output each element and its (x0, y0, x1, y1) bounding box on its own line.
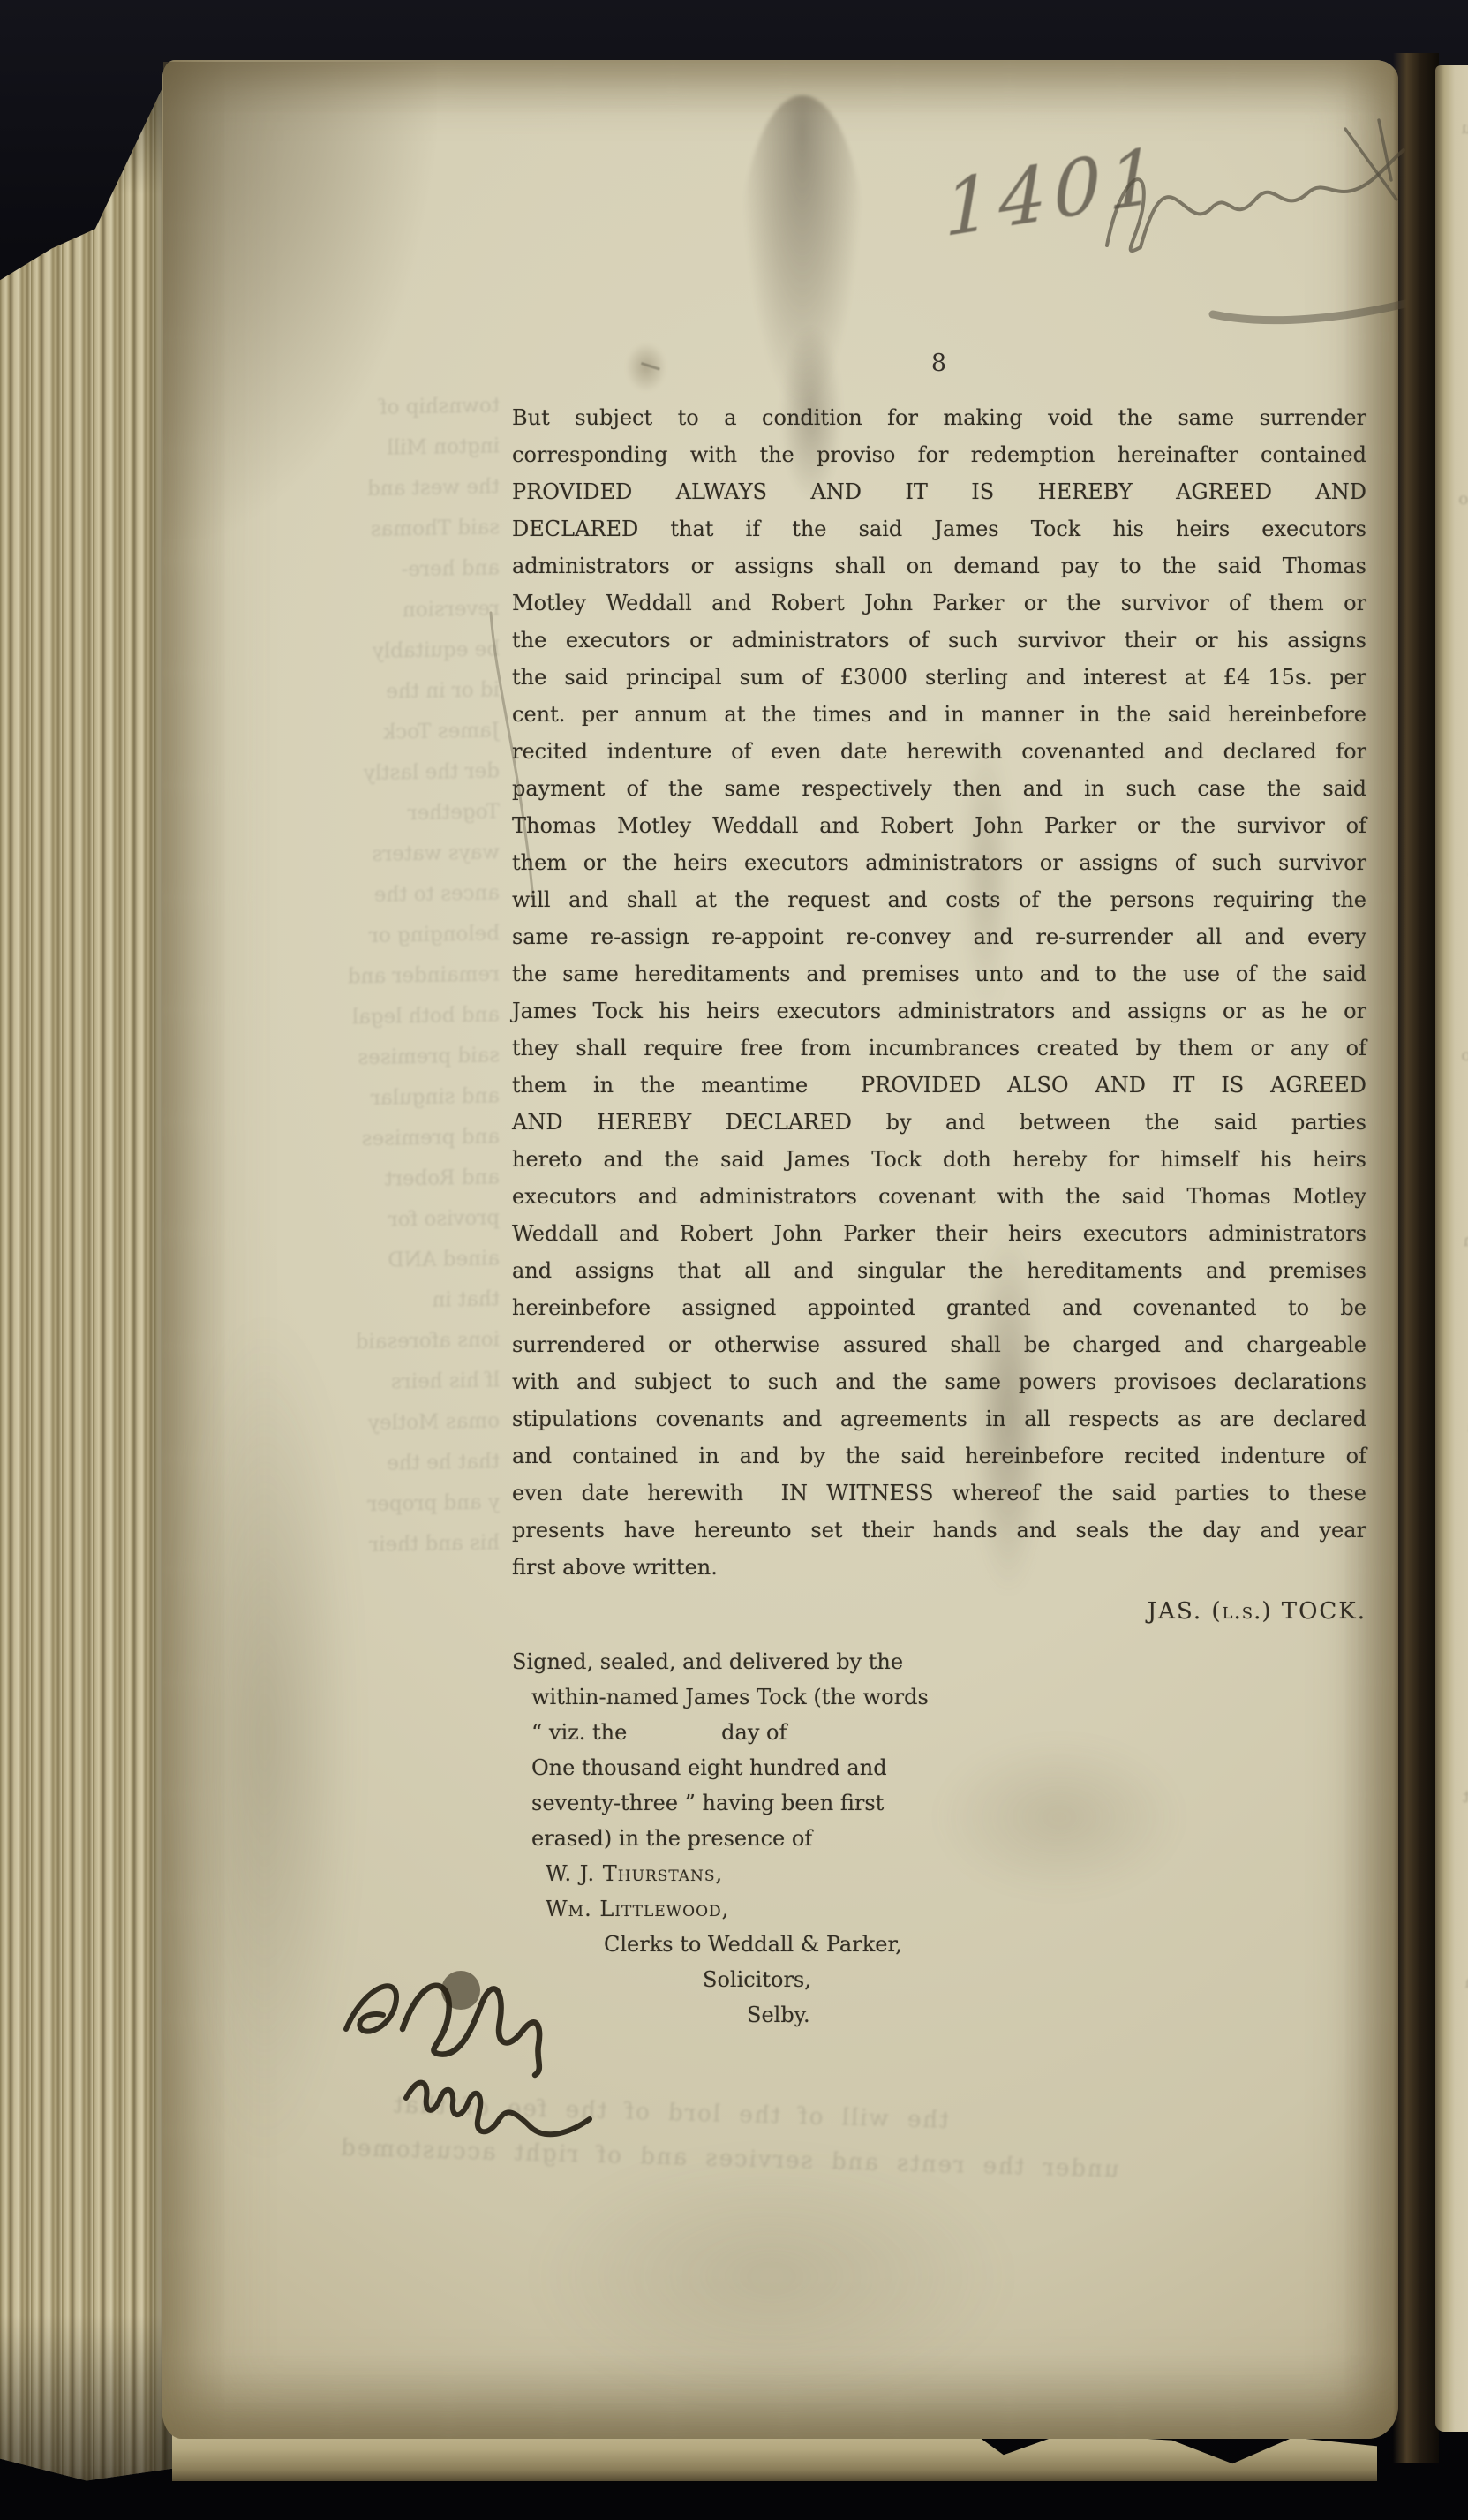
pencil-scrawl-annotation (1080, 95, 1416, 334)
speckled-stain (741, 95, 864, 413)
opposite-page-sliver: erucundountalrdohmtmniedtcm (1435, 65, 1468, 2432)
body-text-line: the same hereditaments and premises unto… (512, 955, 1366, 992)
body-text-line: the executors or administrators of such … (512, 622, 1366, 659)
body-text-line: same re-assign re-appoint re-convey and … (512, 918, 1366, 955)
body-text-line: them or the heirs executors administrato… (512, 844, 1366, 881)
body-text-line: James Tock his heirs executors administr… (512, 992, 1366, 1030)
bleedthrough-fragment: cm (1437, 1973, 1468, 1992)
witness-name: W. J. Thurstans, (505, 1856, 1123, 1891)
bleedthrough-fragment: ained AND (332, 1247, 500, 1272)
body-text-line: stipulations covenants and agreements in… (512, 1400, 1366, 1437)
body-text-line: AND HEREBY DECLARED by and between the s… (512, 1104, 1366, 1141)
body-text-line: Motley Weddall and Robert John Parker or… (512, 585, 1366, 622)
bleedthrough-fragment: cu (1437, 304, 1468, 323)
body-text-line: surrendered or otherwise assured shall b… (512, 1326, 1366, 1363)
body-text-line: them in the meantime PROVIDED ALSO AND I… (512, 1067, 1366, 1104)
body-text-line: PROVIDED ALWAYS AND IT IS HEREBY AGREED … (512, 473, 1366, 510)
body-text-line: hereinbefore assigned appointed granted … (512, 1289, 1366, 1326)
bleedthrough-fragment: tal (1437, 860, 1468, 879)
body-text-line: Weddall and Robert John Parker their hei… (512, 1215, 1366, 1252)
bottom-stain (533, 2153, 1010, 2400)
ink-initials-signature (321, 1941, 604, 2170)
body-text-line: executors and administrators covenant wi… (512, 1178, 1366, 1215)
bleedthrough-fragment: and singular (332, 1084, 500, 1110)
bleedthrough-fragment: ances to the (332, 881, 500, 907)
body-text-line: and contained in and by the said hereinb… (512, 1437, 1366, 1475)
body-text-line: Thomas Motley Weddall and Robert John Pa… (512, 807, 1366, 844)
book-page-edges-left (0, 49, 173, 2486)
body-text-line: But subject to a condition for making vo… (512, 399, 1366, 436)
signature-pre: JAS. ( (1148, 1598, 1223, 1625)
book-page: township ofington Millthe west andsaid T… (162, 60, 1398, 2439)
attestation-line: “ viz. the day of (505, 1715, 1123, 1750)
printed-signature-line: JAS. (l.s.) TOCK. (512, 1598, 1366, 1635)
bleedthrough-fragment: and premises (332, 1125, 500, 1151)
body-text-line: corresponding with the proviso for redem… (512, 436, 1366, 473)
bleedthrough-fragment: that in (332, 1287, 500, 1313)
body-text-line: hereto and the said James Tock doth here… (512, 1141, 1366, 1178)
bleedthrough-fragment: his and their (332, 1531, 500, 1557)
bleedthrough-fragment: be equitably (332, 638, 500, 663)
bleedthrough-fragment: un (1437, 675, 1468, 694)
photograph-scene: township ofington Millthe west andsaid T… (0, 0, 1468, 2520)
attestation-line: seventy-three ” having been first (505, 1785, 1123, 1821)
bleedthrough-fragment: lf his heirs (332, 1369, 500, 1394)
attestation-line: within-named James Tock (the words (505, 1679, 1123, 1715)
body-text-line: recited indenture of even date herewith … (512, 733, 1366, 770)
corner-smudge-stain (163, 62, 437, 539)
bleedthrough-fragment: der the lastly (332, 759, 500, 785)
bleedthrough-fragment: belonging or (332, 922, 500, 947)
bleedthrough-fragment: ways waters (332, 841, 500, 866)
body-text-line: payment of the same respectively then an… (512, 770, 1366, 807)
body-text-line: and assigns that all and singular the he… (512, 1252, 1366, 1289)
bleedthrough-fragment: township of (332, 394, 500, 419)
body-text-line: first above written. (512, 1549, 1366, 1586)
body-text-line: cent. per annum at the times and in mann… (512, 696, 1366, 733)
bleedthrough-fragment: Together (332, 800, 500, 826)
body-text-line: the said principal sum of £3000 sterling… (512, 659, 1366, 696)
attestation-line: Signed, sealed, and delivered by the (505, 1644, 1123, 1679)
bleedthrough-fragment: tm (1437, 1416, 1468, 1436)
bleedthrough-fragment: and here- (332, 556, 500, 582)
bleedthrough-fragment: rdo (1437, 1045, 1468, 1065)
bleedthrough-fragment: ndo (1437, 489, 1468, 509)
body-text-line: will and shall at the request and costs … (512, 881, 1366, 918)
body-text-line: even date herewith IN WITNESS whereof th… (512, 1475, 1366, 1512)
bleedthrough-fragment: ions aforesaid (332, 1328, 500, 1354)
deed-body-text: But subject to a condition for making vo… (512, 399, 1366, 1586)
bleedthrough-fragment: omas Motley (332, 1409, 500, 1435)
signature-post: ) TOCK. (1261, 1598, 1366, 1625)
bleedthrough-fragment: reversion (332, 597, 500, 622)
bleedthrough-fragment: James Tock (332, 719, 500, 744)
bleedthrough-fragment: that he the (332, 1450, 500, 1475)
witness-name: Wm. Littlewood, (505, 1891, 1123, 1927)
attestation-line: erased) in the presence of (505, 1821, 1123, 1856)
body-text-line: presents have hereunto set their hands a… (512, 1512, 1366, 1549)
pencil-tick-mark (637, 362, 660, 381)
bleedthrough-fragment: y and proper (332, 1490, 500, 1516)
bleedthrough-fragment: remainder and (332, 962, 500, 988)
body-text-line: administrators or assigns shall on deman… (512, 547, 1366, 585)
bleedthrough-fragment: ington Mill (332, 434, 500, 460)
page-number: 8 (886, 350, 992, 377)
attestation-line: One thousand eight hundred and (505, 1750, 1123, 1785)
body-text-line: with and subject to such and the same po… (512, 1363, 1366, 1400)
bleedthrough-fragment: the west and (332, 475, 500, 501)
bleedthrough-fragment: eru (1437, 118, 1468, 138)
book-gutter-shadow (1393, 53, 1439, 2463)
bleedthrough-fragment: and both legal (332, 1003, 500, 1029)
bleedthrough-fragment: hm (1437, 1231, 1468, 1250)
seal-abbreviation: l.s. (1223, 1598, 1262, 1625)
body-text-line: they shall require free from incumbrance… (512, 1030, 1366, 1067)
bleedthrough-fragment: proviso for (332, 1206, 500, 1232)
bleedthrough-fragment: ni (1437, 1602, 1468, 1621)
bleedthrough-fragment: edt (1437, 1787, 1468, 1807)
bleedthrough-fragment: id or in the (332, 678, 500, 704)
bleedthrough-fragment: said premises (332, 1044, 500, 1069)
bleedthrough-fragment: and Robert (332, 1166, 500, 1191)
body-text-line: DECLARED that if the said James Tock his… (512, 510, 1366, 547)
bleedthrough-fragment: said Thomas (332, 516, 500, 541)
